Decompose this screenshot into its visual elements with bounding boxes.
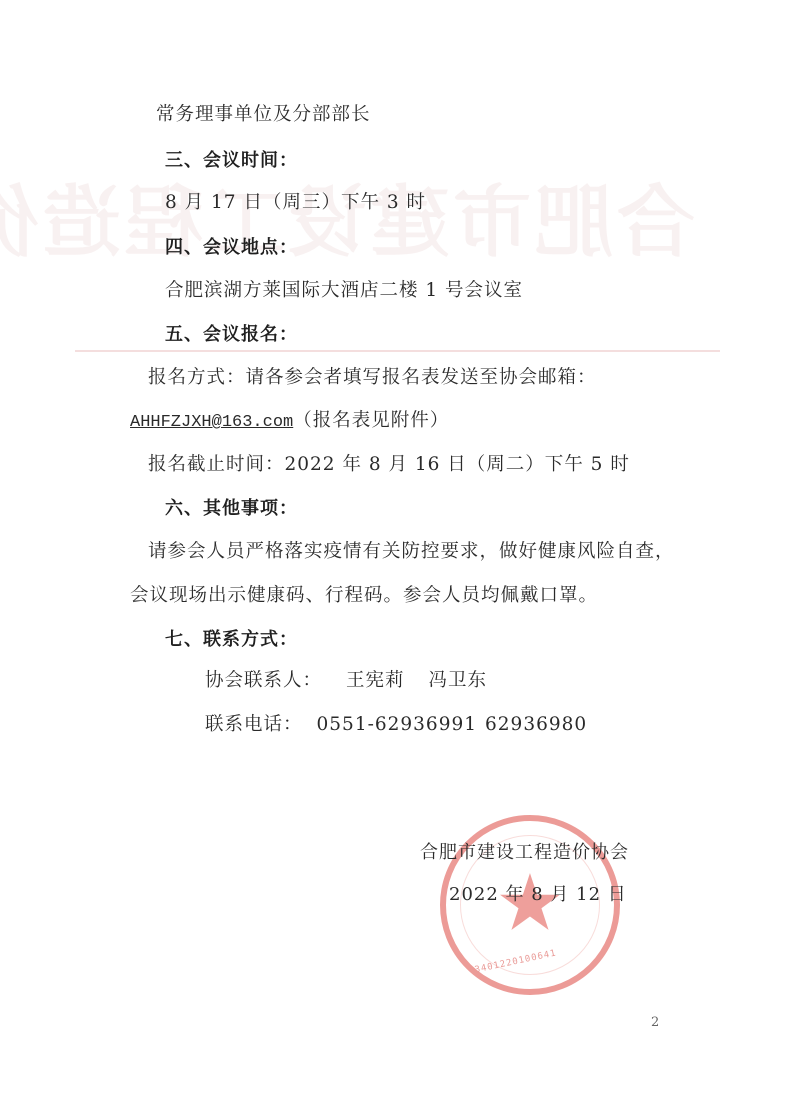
signature-date: 2022 年 8 月 12 日 bbox=[449, 880, 627, 906]
email-note: （报名表见附件） bbox=[293, 410, 449, 431]
other-matters-line-2: 会议现场出示健康码、行程码。参会人员均佩戴口罩。 bbox=[130, 581, 598, 607]
contact-person-1: 王宪莉 bbox=[346, 670, 405, 691]
registration-deadline: 报名截止时间：2022 年 8 月 16 日（周二）下午 5 时 bbox=[148, 450, 630, 476]
section-3-heading: 三、会议时间： bbox=[165, 146, 298, 172]
phone-number-2: 62936980 bbox=[485, 714, 587, 735]
signature-organization: 合肥市建设工程造价协会 bbox=[420, 838, 629, 864]
meeting-time: 8 月 17 日（周三）下午 3 时 bbox=[165, 188, 426, 214]
section-5-heading: 五、会议报名： bbox=[165, 320, 298, 346]
section-7-heading: 七、联系方式： bbox=[165, 625, 298, 651]
other-matters-line-1: 请参会人员严格落实疫情有关防控要求，做好健康风险自查， bbox=[148, 537, 675, 563]
registration-email-line: AHHFZJXH@163.com（报名表见附件） bbox=[130, 406, 449, 432]
phone-number-1: 0551-62936991 bbox=[317, 714, 478, 735]
contact-persons: 协会联系人：王宪莉冯卫东 bbox=[205, 666, 487, 692]
section-6-heading: 六、其他事项： bbox=[165, 494, 298, 520]
contact-phones: 联系电话：0551-6293699162936980 bbox=[205, 710, 587, 736]
continuation-text: 常务理事单位及分部部长 bbox=[156, 100, 371, 126]
bleed-through-line bbox=[75, 350, 720, 352]
meeting-location: 合肥滨湖方莱国际大酒店二楼 1 号会议室 bbox=[165, 276, 523, 302]
registration-method: 报名方式：请各参会者填写报名表发送至协会邮箱： bbox=[148, 363, 597, 389]
email-link[interactable]: AHHFZJXH@163.com bbox=[130, 413, 293, 432]
contact-label: 协会联系人： bbox=[205, 670, 322, 691]
section-4-heading: 四、会议地点： bbox=[165, 233, 298, 259]
page-number: 2 bbox=[651, 1015, 659, 1030]
contact-person-2: 冯卫东 bbox=[429, 670, 488, 691]
phone-label: 联系电话： bbox=[205, 714, 303, 735]
